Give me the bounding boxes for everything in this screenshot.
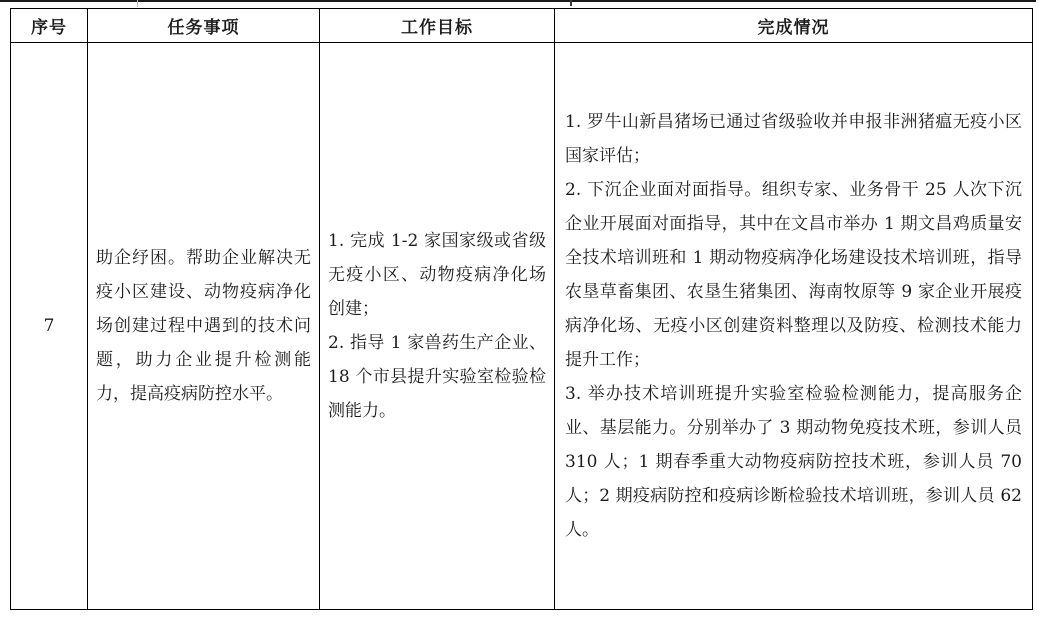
column-header-goal: 工作目标	[320, 9, 555, 43]
cropped-cell-border-remnant	[137, 0, 138, 7]
column-header-completion: 完成情况	[555, 9, 1033, 43]
completion-item: 2. 下沉企业面对面指导。组织专家、业务骨干 25 人次下沉企业开展面对面指导，…	[565, 173, 1022, 377]
goal-item: 2. 指导 1 家兽药生产企业、18 个市县提升实验室检验检测能力。	[328, 326, 546, 428]
completion-cell: 1. 罗牛山新昌猪场已通过省级验收并申报非洲猪瘟无疫小区国家评估； 2. 下沉企…	[555, 43, 1033, 610]
completion-item: 1. 罗牛山新昌猪场已通过省级验收并申报非洲猪瘟无疫小区国家评估；	[565, 105, 1022, 173]
column-header-task: 任务事项	[88, 9, 320, 43]
task-cell: 助企纾困。帮助企业解决无疫小区建设、动物疫病净化场创建过程中遇到的技术问题，助力…	[88, 43, 320, 610]
cropped-previous-row-border	[0, 0, 1036, 2]
table-row: 7 助企纾困。帮助企业解决无疫小区建设、动物疫病净化场创建过程中遇到的技术问题，…	[11, 43, 1033, 610]
task-text: 助企纾困。帮助企业解决无疫小区建设、动物疫病净化场创建过程中遇到的技术问题，助力…	[96, 241, 311, 411]
table-header-row: 序号 任务事项 工作目标 完成情况	[11, 9, 1033, 43]
goal-cell: 1. 完成 1-2 家国家级或省级无疫小区、动物疫病净化场创建； 2. 指导 1…	[320, 43, 555, 610]
cropped-cell-border-remnant	[570, 0, 572, 6]
task-progress-table: 序号 任务事项 工作目标 完成情况 7 助企纾困。帮助企业解决无疫小区建设、动物…	[10, 8, 1033, 610]
row-index-cell: 7	[11, 43, 88, 610]
column-header-index: 序号	[11, 9, 88, 43]
goal-item: 1. 完成 1-2 家国家级或省级无疫小区、动物疫病净化场创建；	[328, 224, 546, 326]
completion-item: 3. 举办技术培训班提升实验室检验检测能力，提高服务企业、基层能力。分别举办了 …	[565, 377, 1022, 547]
